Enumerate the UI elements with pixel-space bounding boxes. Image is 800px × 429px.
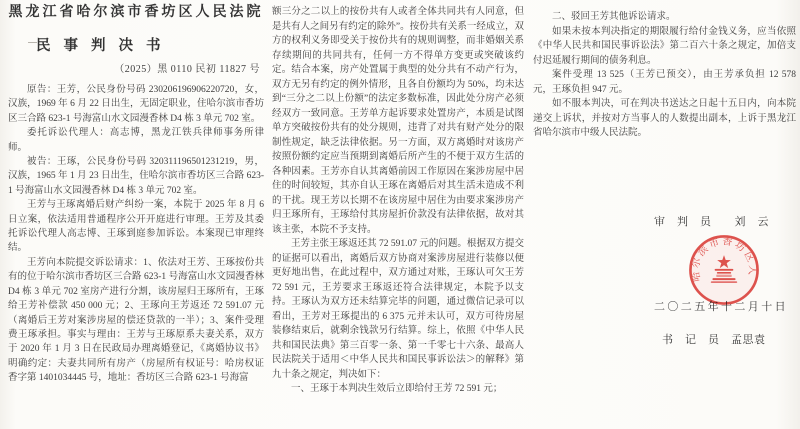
judgment-page-2: 额三分之二以上的按份共有人或者全体共同共有人同意，但是共有人之间另有约定的除外”… (272, 5, 524, 397)
ink-smudge (28, 42, 37, 43)
page-2-body: 额三分之二以上的按份共有人或者全体共同共有人同意，但是共有人之间另有约定的除外”… (272, 5, 524, 397)
paragraph: 被告：王琢，公民身份号码 320311196501231219，男，汉族，196… (8, 155, 264, 198)
judgment-page-3: 二、驳回王芳其他诉讼请求。如果未按本判决指定的期限履行给付金钱义务，应当依照《中… (533, 10, 796, 141)
clerk-signature-line: 书 记 员 孟思袁 (662, 331, 766, 347)
judgment-date: 二〇二五年十二月十日 (654, 298, 788, 314)
document-title: 民事判决书 (36, 36, 264, 56)
seal-star-icon (717, 255, 731, 268)
seal-emblem-icon (711, 269, 737, 283)
paragraph: 王芳主张王琢返还其 72 591.07 元的问题。根据双方提交的证据可以看出，离… (272, 237, 524, 382)
paragraph: 王芳与王琢离婚后财产纠纷一案，本院于 2025 年 8 月 6 日立案，依法适用… (8, 198, 264, 256)
page-3-body: 二、驳回王芳其他诉讼请求。如果未按本判决指定的期限履行给付金钱义务，应当依照《中… (533, 10, 796, 141)
page-1-body: 原告：王芳，公民身份号码 230206196906220720，女，汉族，196… (8, 83, 264, 386)
judgment-page-1: 黑龙江省哈尔滨市香坊区人民法院 民事判决书 （2025）黑 0110 民初 11… (8, 4, 264, 386)
seal-text: 哈尔滨市香坊区人民法院 (688, 234, 759, 283)
paragraph: 二、驳回王芳其他诉讼请求。 (533, 10, 796, 25)
paragraph: 一、王琢于本判决生效后立即给付王芳 72 591 元； (272, 382, 524, 397)
paragraph: 原告：王芳，公民身份号码 230206196906220720，女，汉族，196… (8, 83, 264, 126)
paragraph: 委托诉讼代理人：高志博，黑龙江铁兵律师事务所律师。 (8, 126, 264, 155)
paragraph: 额三分之二以上的按份共有人或者全体共同共有人同意，但是共有人之间另有约定的除外”… (272, 5, 524, 237)
paragraph: 如不服本判决，可在判决书送达之日起十五日内，向本院递交上诉状，并按对方当事人的人… (533, 97, 796, 141)
paragraph: 案件受理 13 525（王芳已预交），由王芳承负担 12 578 元，王琢负担 … (533, 68, 796, 97)
court-name-header: 黑龙江省哈尔滨市香坊区人民法院 (8, 4, 264, 21)
paragraph: 王芳向本院提交诉讼请求：1、依法对王芳、王琢按份共有的位于哈尔滨市香坊区三合路 … (8, 256, 264, 386)
case-number: （2025）黑 0110 民初 11827 号 (8, 63, 264, 76)
judgment-document: 黑龙江省哈尔滨市香坊区人民法院 民事判决书 （2025）黑 0110 民初 11… (0, 0, 800, 429)
seal-ring (690, 236, 757, 303)
paragraph: 如果未按本判决指定的期限履行给付金钱义务，应当依照《中华人民共和国民事诉讼法》第… (533, 25, 796, 69)
judge-signature-line: 审 判 员 刘 云 (654, 213, 769, 229)
